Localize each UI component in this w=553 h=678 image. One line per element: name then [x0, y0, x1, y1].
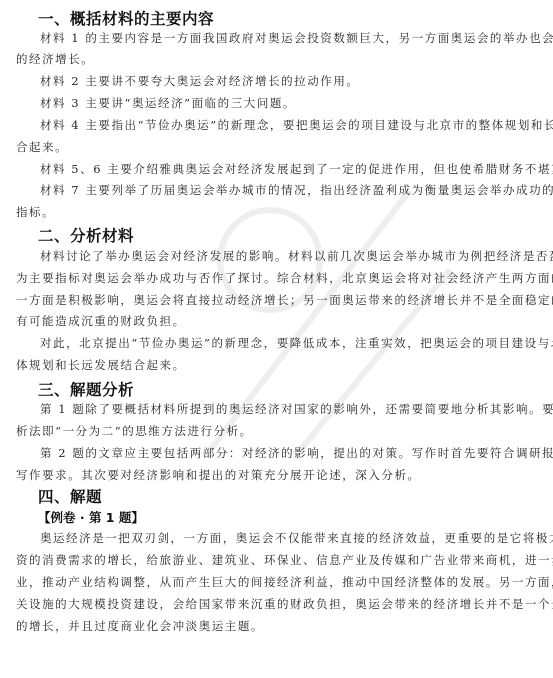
example-label-1: 【例卷 · 第 1 题】: [38, 508, 144, 526]
paragraph-line: 资的消费需求的增长，给旅游业、建筑业、环保业、信息产业及传媒和广告业带来商机，进…: [16, 552, 553, 568]
paragraph-line: 材料 4 主要指出“节俭办奥运”的新理念，要把奥运会的项目建设与北京市的整体规划…: [40, 117, 553, 133]
paragraph-line: 材料 1 的主要内容是一方面我国政府对奥运会投资数额巨大，另一方面奥运会的举办也…: [40, 30, 553, 46]
section-heading-2: 二、分析材料: [38, 224, 134, 246]
paragraph-line: 为主要指标对奥运会举办成功与否作了探讨。综合材料，北京奥运会将对社会经济产生两方…: [16, 270, 553, 286]
section-heading-3: 三、解题分析: [38, 378, 134, 400]
paragraph-line: 写作要求。其次要对经济影响和提出的对策充分展开论述，深入分析。: [16, 467, 421, 483]
paragraph-line: 对此，北京提出“节俭办奥运”的新理念，要降低成本，注重实效，把奥运会的项目建设与…: [40, 335, 553, 351]
paragraph-line: 材料讨论了举办奥运会对经济发展的影响。材料以前几次奥运会举办城市为例把经济是否盈…: [40, 248, 553, 264]
paragraph-line: 业，推动产业结构调整，从而产生巨大的间接经济利益，推动中国经济整体的发展。另一方…: [16, 574, 553, 590]
section-heading-4: 四、解题: [38, 485, 102, 507]
paragraph-line: 材料 7 主要列举了历届奥运会举办城市的情况，指出经济盈利成为衡量奥运会举办成功…: [40, 182, 553, 198]
paragraph-line: 的增长，并且过度商业化会冲淡奥运主题。: [16, 618, 264, 634]
paragraph-line: 材料 2 主要讲不要夸大奥运会对经济增长的拉动作用。: [40, 73, 359, 89]
paragraph-line: 合起来。: [16, 139, 68, 155]
paragraph-line: 关设施的大规模投资建设，会给国家带来沉重的财政负担，奥运会带来的经济增长并不是一…: [16, 596, 553, 612]
paragraph-line: 一方面是积极影响，奥运会将直接拉动经济增长；另一面奥运带来的经济增长并不是全面稳…: [16, 292, 553, 308]
document-page: 一、概括材料的主要内容 材料 1 的主要内容是一方面我国政府对奥运会投资数额巨大…: [0, 0, 553, 678]
paragraph-line: 的经济增长。: [16, 51, 94, 67]
paragraph-line: 第 2 题的文章应主要包括两部分：对经济的影响，提出的对策。写作时首先要符合调研…: [40, 445, 553, 461]
paragraph-line: 指标。: [16, 204, 55, 220]
section-heading-1: 一、概括材料的主要内容: [38, 7, 214, 29]
paragraph-line: 析法即“一分为二”的思维方法进行分析。: [16, 423, 253, 439]
paragraph-line: 材料 5、6 主要介绍雅典奥运会对经济发展起到了一定的促进作用，但也使希腊财务不…: [40, 161, 553, 177]
paragraph-line: 第 1 题除了要概括材料所提到的奥运经济对国家的影响外，还需要简要地分析其影响。…: [40, 401, 553, 417]
paragraph-line: 奥运经济是一把双刃剑，一方面，奥运会不仅能带来直接的经济效益，更重要的是它将极大…: [40, 530, 553, 546]
watermark-logo: [150, 150, 470, 470]
paragraph-line: 材料 3 主要讲“奥运经济”面临的三大问题。: [40, 95, 296, 111]
paragraph-line: 有可能造成沉重的财政负担。: [16, 313, 186, 329]
paragraph-line: 体规划和长远发展结合起来。: [16, 357, 186, 373]
